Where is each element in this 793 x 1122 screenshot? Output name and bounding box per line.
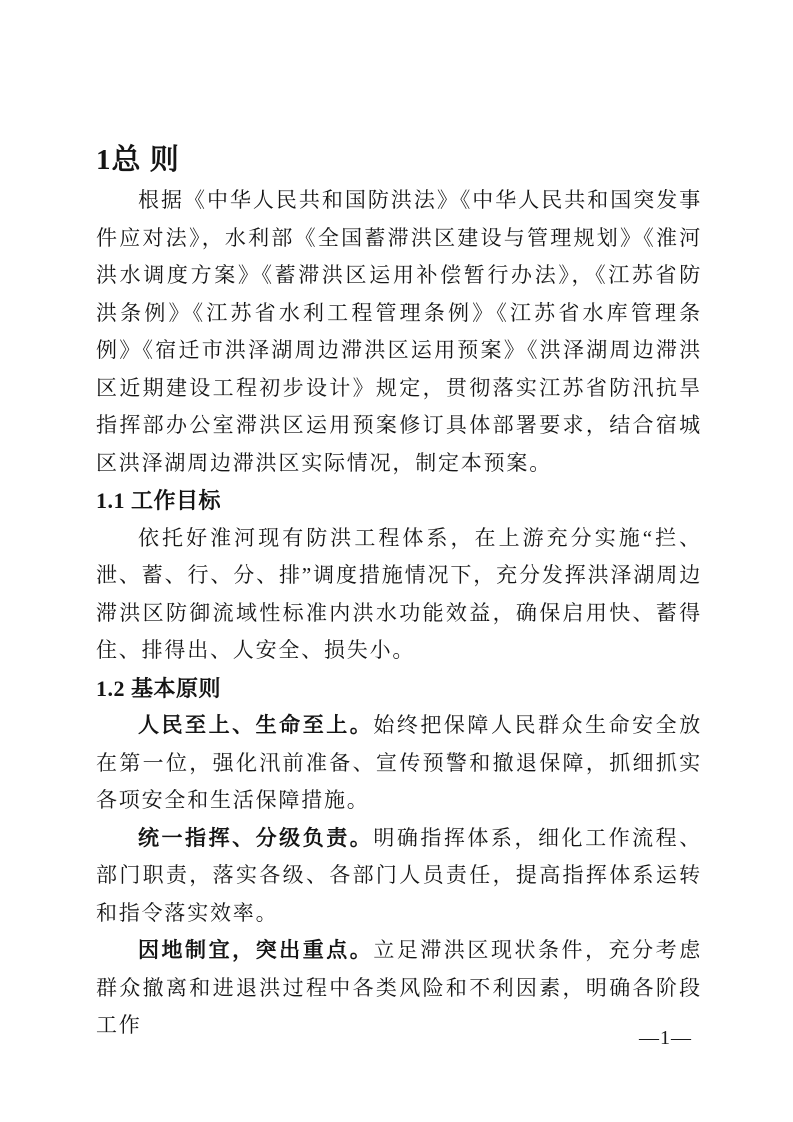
page-number: —1— bbox=[639, 1026, 692, 1050]
document-page: 1总 则 根据《中华人民共和国防洪法》《中华人民共和国突发事件应对法》，水利部《… bbox=[0, 0, 793, 1122]
document-content: 1总 则 根据《中华人民共和国防洪法》《中华人民共和国突发事件应对法》，水利部《… bbox=[96, 138, 702, 1045]
paragraph-lead: 人民至上、生命至上。 bbox=[138, 713, 373, 737]
paragraph-lead: 统一指挥、分级负责。 bbox=[138, 826, 373, 850]
intro-paragraph: 根据《中华人民共和国防洪法》《中华人民共和国突发事件应对法》，水利部《全国蓄滞洪… bbox=[96, 182, 702, 482]
paragraph-lead: 因地制宜，突出重点。 bbox=[138, 938, 373, 962]
body-paragraph-principle-3: 因地制宜，突出重点。立足滞洪区现状条件，充分考虑群众撤离和进退洪过程中各类风险和… bbox=[96, 932, 702, 1045]
body-paragraph-work-goal: 依托好淮河现有防洪工程体系，在上游充分实施“拦、泄、蓄、行、分、排”调度措施情况… bbox=[96, 520, 702, 670]
chapter-heading: 1总 则 bbox=[96, 138, 702, 182]
section-heading-1-1: 1.1 工作目标 bbox=[96, 482, 702, 520]
section-heading-1-2: 1.2 基本原则 bbox=[96, 670, 702, 708]
body-paragraph-principle-1: 人民至上、生命至上。始终把保障人民群众生命安全放在第一位，强化汛前准备、宣传预警… bbox=[96, 707, 702, 820]
body-paragraph-principle-2: 统一指挥、分级负责。明确指挥体系，细化工作流程、部门职责，落实各级、各部门人员责… bbox=[96, 820, 702, 933]
